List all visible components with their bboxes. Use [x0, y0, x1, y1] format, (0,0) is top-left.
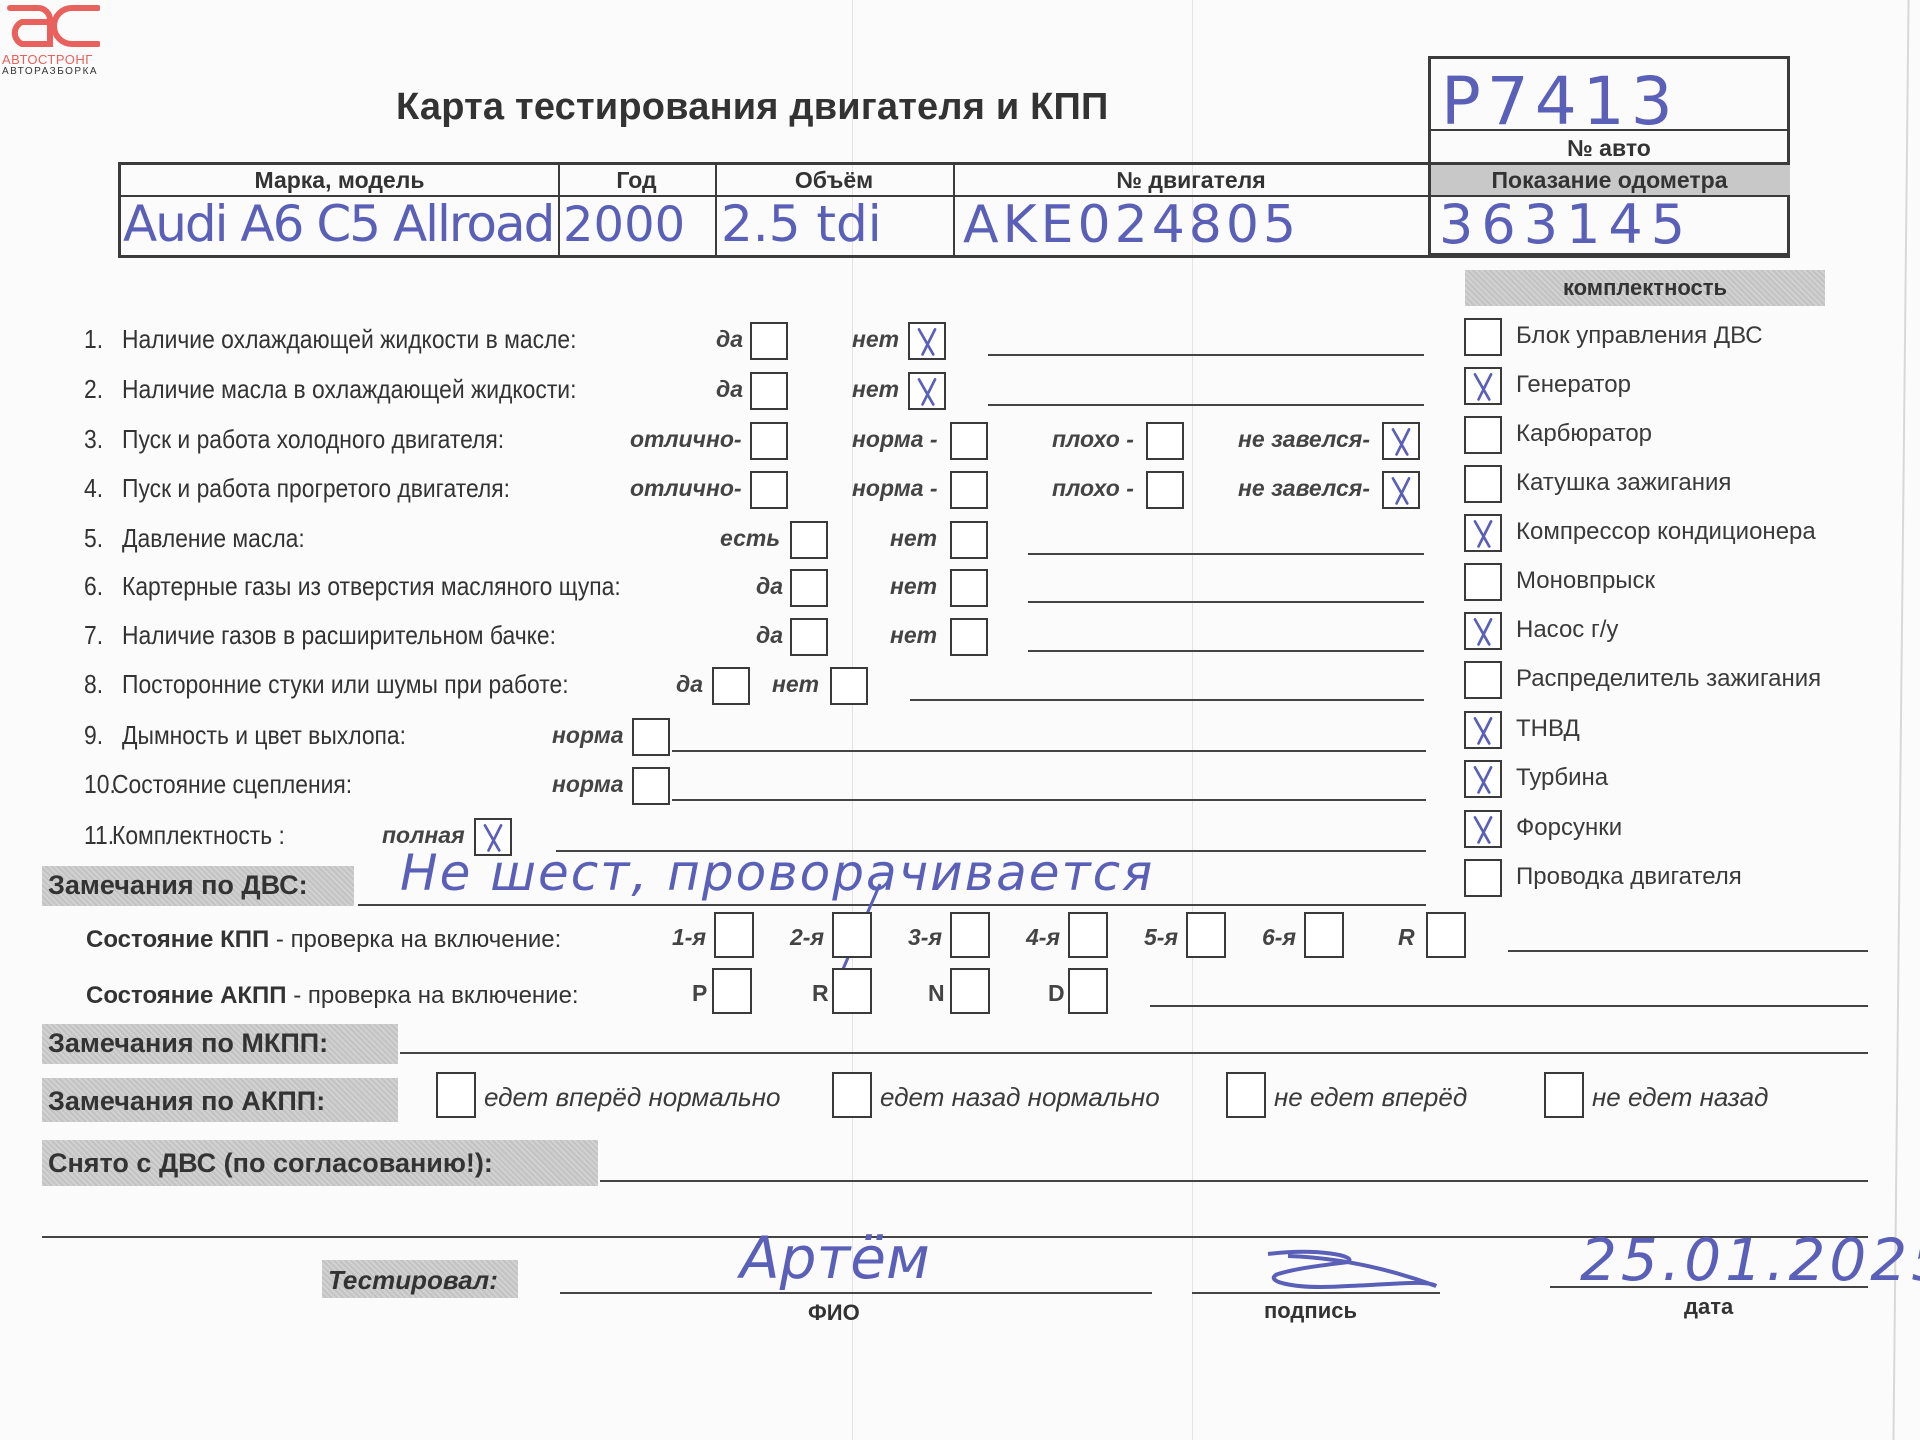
kit-title: комплектность: [1465, 270, 1825, 306]
engine-number-value[interactable]: AKE024805: [963, 195, 1300, 255]
kpp-line: [1508, 950, 1868, 952]
make-model-value[interactable]: Audi A6 C5 Allroad: [123, 195, 553, 253]
question-text: Наличие охлаждающей жидкости в масле:: [122, 324, 576, 355]
kit-checkbox-3[interactable]: [1464, 416, 1502, 454]
gear-label: 6-я: [1262, 924, 1296, 951]
question-text: Посторонние стуки или шумы при работе:: [122, 669, 569, 700]
question-number: 2.: [84, 374, 103, 405]
checkbox-q10-1[interactable]: [632, 767, 670, 805]
question-number: 11.: [84, 820, 114, 851]
check-mark-icon: [910, 324, 944, 358]
akpp-remark-label: едет назад нормально: [880, 1082, 1160, 1113]
kit-item-label: Генератор: [1516, 371, 1631, 399]
vehicle-info-table: Марка, модель Год Объём № двигателя Пока…: [118, 162, 1790, 258]
akpp-checkbox-3[interactable]: [950, 968, 990, 1014]
akpp-position-label: R: [812, 980, 829, 1007]
akpp-remark-checkbox-1[interactable]: [436, 1072, 476, 1118]
check-mark-icon: [1466, 812, 1500, 846]
checkbox-q3-3[interactable]: [1146, 422, 1184, 460]
gear-label: 1-я: [672, 924, 706, 951]
mkpp-remarks-label: Замечания по МКПП:: [42, 1024, 398, 1064]
option-label: да: [756, 573, 783, 600]
kit-checkbox-9[interactable]: [1464, 711, 1502, 749]
option-label: да: [716, 376, 743, 403]
akpp-remark-label: едет вперёд нормально: [484, 1082, 780, 1113]
question-text: Дымность и цвет выхлопа:: [122, 720, 406, 751]
gear-label: 4-я: [1026, 924, 1060, 951]
gear-label: 5-я: [1144, 924, 1178, 951]
checkbox-q3-2[interactable]: [950, 422, 988, 460]
logo-subtitle: АВТОРАЗБОРКА: [2, 66, 98, 77]
kpp-label: Состояние КПП - проверка на включение:: [86, 926, 561, 954]
answer-line[interactable]: [988, 404, 1424, 406]
kit-checkbox-8[interactable]: [1464, 661, 1502, 699]
engine-remarks-line: [358, 904, 1426, 906]
checkbox-q4-1[interactable]: [750, 471, 788, 509]
car-number-label: № авто: [1431, 135, 1787, 162]
kit-checkbox-12[interactable]: [1464, 859, 1502, 897]
check-mark-icon: [1466, 516, 1500, 550]
question-text: Состояние сцепления:: [112, 769, 352, 800]
volume-value[interactable]: 2.5 tdi: [721, 195, 882, 253]
check-mark-icon: [1384, 424, 1418, 458]
question-text: Картерные газы из отверстия масляного щу…: [122, 571, 621, 602]
logo-icon: [4, 0, 100, 50]
option-label: норма: [552, 771, 624, 798]
akpp-remarks-label: Замечания по АКПП:: [42, 1078, 398, 1122]
answer-line[interactable]: [1028, 553, 1424, 555]
removed-label: Снято с ДВС (по согласованию!):: [42, 1140, 598, 1186]
akpp-checkbox-2[interactable]: [832, 968, 872, 1014]
kit-checkbox-4[interactable]: [1464, 465, 1502, 503]
kit-checkbox-11[interactable]: [1464, 810, 1502, 848]
akpp-label: Состояние АКПП - проверка на включение:: [86, 982, 579, 1010]
kit-checkbox-7[interactable]: [1464, 612, 1502, 650]
option-label: нет: [890, 525, 937, 552]
page-edge: [1892, 0, 1909, 1440]
gear-checkbox-5[interactable]: [1186, 912, 1226, 958]
gear-checkbox-6[interactable]: [1304, 912, 1344, 958]
checkbox-q8-2[interactable]: [830, 667, 868, 705]
question-text: Комплектность :: [112, 820, 285, 851]
col-year: Год: [558, 167, 715, 194]
akpp-remark-checkbox-2[interactable]: [832, 1072, 872, 1118]
question-text: Наличие масла в охлаждающей жидкости:: [122, 374, 576, 405]
col-odometer: Показание одометра: [1429, 167, 1790, 194]
kit-item-label: Распределитель зажигания: [1516, 665, 1821, 693]
gear-checkbox-7[interactable]: [1426, 912, 1466, 958]
answer-line[interactable]: [910, 699, 1424, 701]
option-label: нет: [890, 573, 937, 600]
akpp-checkbox-4[interactable]: [1068, 968, 1108, 1014]
akpp-remark-checkbox-4[interactable]: [1544, 1072, 1584, 1118]
option-label: плохо -: [1052, 475, 1134, 502]
checkbox-q2-1[interactable]: [750, 372, 788, 410]
option-label: нет: [852, 326, 899, 353]
kit-checkbox-6[interactable]: [1464, 563, 1502, 601]
question-number: 5.: [84, 523, 103, 554]
akpp-remark-label: не едет вперёд: [1274, 1082, 1467, 1113]
checkbox-q7-1[interactable]: [790, 618, 828, 656]
name-line: [560, 1292, 1152, 1294]
question-text: Наличие газов в расширительном бачке:: [122, 620, 556, 651]
checkbox-q5-1[interactable]: [790, 521, 828, 559]
checkbox-q5-2[interactable]: [950, 521, 988, 559]
removed-line[interactable]: [600, 1180, 1868, 1182]
checkbox-q7-2[interactable]: [950, 618, 988, 656]
question-number: 1.: [84, 324, 103, 355]
checkbox-q6-1[interactable]: [790, 569, 828, 607]
question-number: 3.: [84, 424, 103, 455]
col-volume: Объём: [715, 167, 953, 194]
kit-item-label: Катушка зажигания: [1516, 469, 1731, 497]
check-mark-icon: [1466, 369, 1500, 403]
check-mark-icon: [1466, 762, 1500, 796]
name-caption: ФИО: [808, 1300, 860, 1326]
akpp-line: [1150, 1005, 1868, 1007]
check-mark-icon: [1466, 614, 1500, 648]
checkbox-q4-4[interactable]: [1382, 471, 1420, 509]
check-mark-icon: [1466, 713, 1500, 747]
signature-caption: подпись: [1264, 1298, 1357, 1324]
question-number: 8.: [84, 669, 103, 700]
question-number: 9.: [84, 720, 103, 751]
kit-item-label: Проводка двигателя: [1516, 863, 1742, 891]
date-value[interactable]: 25.01.2025: [1580, 1226, 1920, 1294]
kit-item-label: Карбюратор: [1516, 420, 1652, 448]
page-title: Карта тестирования двигателя и КПП: [396, 86, 1109, 129]
answer-line[interactable]: [988, 354, 1424, 356]
kit-item-label: Моновпрыск: [1516, 567, 1655, 595]
kit-checkbox-1[interactable]: [1464, 318, 1502, 356]
question-number: 6.: [84, 571, 103, 602]
mkpp-remarks-line[interactable]: [400, 1052, 1868, 1054]
checkbox-q4-3[interactable]: [1146, 471, 1184, 509]
checkbox-q1-1[interactable]: [750, 322, 788, 360]
engine-remarks-label: Замечания по ДВС:: [42, 866, 354, 906]
gear-label: 2-я: [790, 924, 824, 951]
gear-checkbox-2[interactable]: [832, 912, 872, 958]
option-label: не завелся-: [1238, 475, 1370, 502]
question-text: Давление масла:: [122, 523, 305, 554]
engine-remarks-value[interactable]: Не шест, проворачивается: [400, 844, 1154, 902]
option-label: норма -: [852, 475, 938, 502]
gear-checkbox-4[interactable]: [1068, 912, 1108, 958]
option-label: да: [676, 671, 703, 698]
col-make-model: Марка, модель: [121, 167, 558, 194]
option-label: нет: [772, 671, 819, 698]
gear-label: R: [1398, 924, 1415, 951]
answer-line[interactable]: [1028, 650, 1424, 652]
kit-checkbox-10[interactable]: [1464, 760, 1502, 798]
option-label: не завелся-: [1238, 426, 1370, 453]
option-label: нет: [852, 376, 899, 403]
question-text: Пуск и работа прогретого двигателя:: [122, 473, 510, 504]
answer-line[interactable]: [1028, 601, 1424, 603]
checkbox-q8-1[interactable]: [712, 667, 750, 705]
odometer-value[interactable]: 363145: [1439, 193, 1693, 256]
gear-checkbox-3[interactable]: [950, 912, 990, 958]
signature-icon[interactable]: [1258, 1246, 1448, 1296]
tested-by-label: Тестировал:: [322, 1260, 518, 1298]
option-label: да: [756, 622, 783, 649]
check-mark-icon: [910, 374, 944, 408]
option-label: плохо -: [1052, 426, 1134, 453]
kit-checkbox-5[interactable]: [1464, 514, 1502, 552]
logo-name: АВТОСТРОНГ: [2, 52, 93, 67]
date-caption: дата: [1684, 1294, 1733, 1320]
answer-line[interactable]: [672, 799, 1426, 801]
question-text: Пуск и работа холодного двигателя:: [122, 424, 504, 455]
question-number: 4.: [84, 473, 103, 504]
checkbox-q3-4[interactable]: [1382, 422, 1420, 460]
kit-item-label: Блок управления ДВС: [1516, 322, 1763, 350]
option-label: отлично-: [630, 426, 742, 453]
akpp-remark-label: не едет назад: [1592, 1082, 1768, 1113]
option-label: норма: [552, 722, 624, 749]
gear-label: 3-я: [908, 924, 942, 951]
option-label: норма -: [852, 426, 938, 453]
tester-name-value[interactable]: Артём: [740, 1224, 930, 1292]
checkbox-q4-2[interactable]: [950, 471, 988, 509]
kit-item-label: Компрессор кондиционера: [1516, 518, 1816, 546]
akpp-remark-checkbox-3[interactable]: [1226, 1072, 1266, 1118]
gear-checkbox-1[interactable]: [714, 912, 754, 958]
akpp-position-label: N: [928, 980, 945, 1007]
akpp-checkbox-1[interactable]: [712, 968, 752, 1014]
kit-item-label: ТНВД: [1516, 715, 1580, 743]
checkbox-q6-2[interactable]: [950, 569, 988, 607]
akpp-position-label: P: [692, 980, 707, 1007]
question-number: 7.: [84, 620, 103, 651]
checkbox-q1-2[interactable]: [908, 322, 946, 360]
checkbox-q3-1[interactable]: [750, 422, 788, 460]
col-engine-number: № двигателя: [953, 167, 1429, 194]
kit-item-label: Насос г/у: [1516, 616, 1618, 644]
kit-checkbox-2[interactable]: [1464, 367, 1502, 405]
akpp-position-label: D: [1048, 980, 1065, 1007]
option-label: есть: [720, 525, 780, 552]
checkbox-q9-1[interactable]: [632, 718, 670, 756]
option-label: отлично-: [630, 475, 742, 502]
answer-line[interactable]: [672, 750, 1426, 752]
option-label: нет: [890, 622, 937, 649]
year-value[interactable]: 2000: [563, 197, 685, 253]
kit-item-label: Турбина: [1516, 764, 1608, 792]
option-label: да: [716, 326, 743, 353]
checkbox-q2-2[interactable]: [908, 372, 946, 410]
check-mark-icon: [1384, 473, 1418, 507]
kit-item-label: Форсунки: [1516, 814, 1622, 842]
